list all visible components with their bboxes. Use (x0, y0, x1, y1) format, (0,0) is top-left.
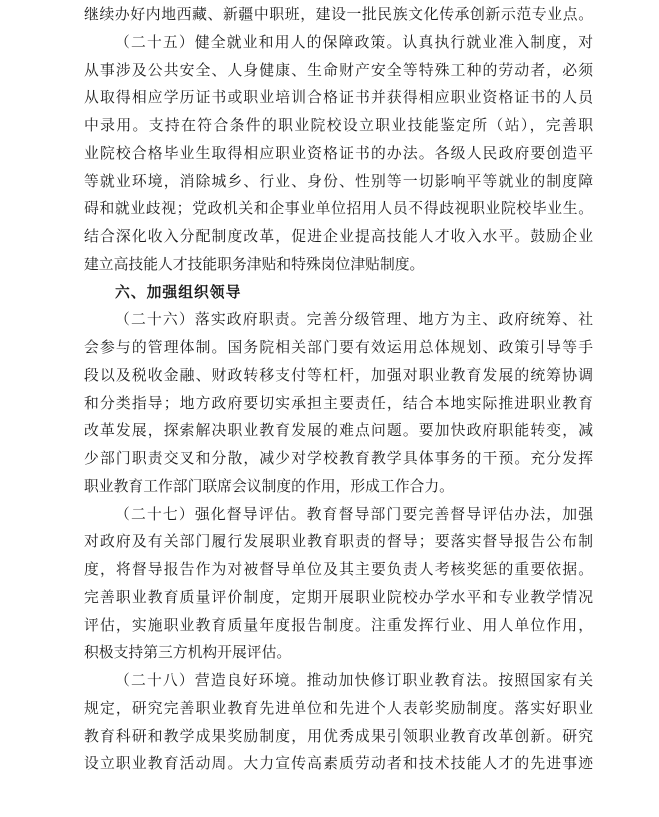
text-line: 继续办好内地西藏、新疆中职班，建设一批民族文化传承创新示范专业点。 (84, 2, 593, 30)
text-line: （二十八）营造良好环境。推动加快修订职业教育法。按照国家有关 (84, 668, 593, 696)
text-line: （二十五）健全就业和用人的保障政策。认真执行就业准入制度，对 (84, 30, 593, 58)
text-line: 结合深化收入分配制度改革，促进企业提高技能人才收入水平。鼓励企业 (84, 224, 593, 252)
text-line: 碍和就业歧视；党政机关和企事业单位招用人员不得歧视职业院校毕业生。 (84, 196, 593, 224)
text-line: 规定，研究完善职业教育先进单位和先进个人表彰奖励制度。落实好职业 (84, 696, 593, 724)
text-line: 建立高技能人才技能职务津贴和特殊岗位津贴制度。 (84, 252, 593, 280)
document-page: 继续办好内地西藏、新疆中职班，建设一批民族文化传承创新示范专业点。（二十五）健全… (0, 0, 659, 817)
text-line: 中录用。支持在符合条件的职业院校设立职业技能鉴定所（站），完善职 (84, 113, 593, 141)
text-line: 少部门职责交叉和分散，减少对学校教育教学具体事务的干预。充分发挥 (84, 446, 593, 474)
text-line: 等就业环境，消除城乡、行业、身份、性别等一切影响平等就业的制度障 (84, 169, 593, 197)
section-heading: 六、加强组织领导 (84, 280, 593, 308)
text-line: 改革发展，探索解决职业教育发展的难点问题。要加快政府职能转变，减 (84, 418, 593, 446)
text-line: 从事涉及公共安全、人身健康、生命财产安全等特殊工种的劳动者，必须 (84, 58, 593, 86)
text-line: 段以及税收金融、财政转移支付等杠杆，加强对职业教育发展的统筹协调 (84, 363, 593, 391)
text-line: 度，将督导报告作为对被督导单位及其主要负责人考核奖惩的重要依据。 (84, 557, 593, 585)
text-line: 职业教育工作部门联席会议制度的作用，形成工作合力。 (84, 474, 593, 502)
text-line: 业院校合格毕业生取得相应职业资格证书的办法。各级人民政府要创造平 (84, 141, 593, 169)
text-line: 会参与的管理体制。国务院相关部门要有效运用总体规划、政策引导等手 (84, 335, 593, 363)
text-line: 积极支持第三方机构开展评估。 (84, 640, 593, 668)
text-line: 对政府及有关部门履行发展职业教育职责的督导；要落实督导报告公布制 (84, 529, 593, 557)
text-line: 评估，实施职业教育质量年度报告制度。注重发挥行业、用人单位作用， (84, 613, 593, 641)
text-line: （二十七）强化督导评估。教育督导部门要完善督导评估办法，加强 (84, 502, 593, 530)
text-line: 完善职业教育质量评价制度，定期开展职业院校办学水平和专业教学情况 (84, 585, 593, 613)
text-line: （二十六）落实政府职责。完善分级管理、地方为主、政府统筹、社 (84, 307, 593, 335)
text-line: 设立职业教育活动周。大力宣传高素质劳动者和技术技能人才的先进事迹 (84, 751, 593, 779)
text-column: 继续办好内地西藏、新疆中职班，建设一批民族文化传承创新示范专业点。（二十五）健全… (84, 2, 593, 779)
text-line: 和分类指导；地方政府要切实承担主要责任，结合本地实际推进职业教育 (84, 391, 593, 419)
text-line: 教育科研和教学成果奖励制度，用优秀成果引领职业教育改革创新。研究 (84, 724, 593, 752)
text-line: 从取得相应学历证书或职业培训合格证书并获得相应职业资格证书的人员 (84, 85, 593, 113)
